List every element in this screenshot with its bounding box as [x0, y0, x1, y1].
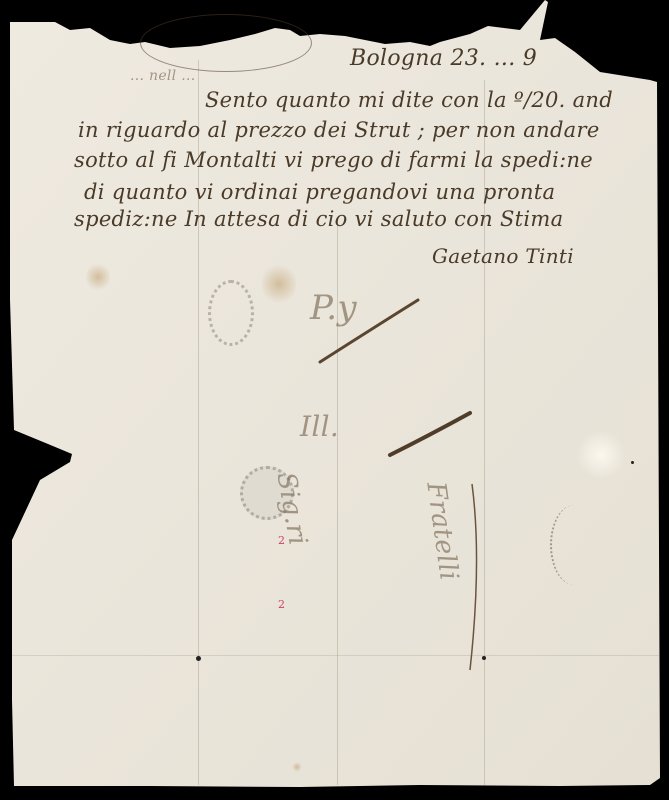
pin-hole: [196, 656, 201, 661]
body-line-5: spediz:ne In attesa di cio vi saluto con…: [74, 207, 563, 231]
ink-stroke: [310, 290, 430, 370]
circular-postmark: [240, 466, 294, 520]
oval-ink-flourish: [140, 14, 312, 72]
signature: Gaetano Tinti: [432, 244, 574, 268]
oval-postal-stamp: [208, 280, 254, 346]
body-line-2: in riguardo al prezzo dei Strut ; per no…: [78, 118, 600, 142]
pin-hole: [482, 656, 486, 660]
ink-stroke: [380, 405, 480, 465]
wax-seal-mark: [576, 430, 626, 480]
ink-stroke: [460, 480, 490, 680]
body-line-3: sotto al fi Montalti vi prego di farmi l…: [74, 148, 593, 172]
fold-line: [12, 655, 660, 656]
red-mark: 2: [278, 598, 285, 611]
address-mark-middle: Ill.: [300, 410, 339, 443]
red-mark: 2: [278, 534, 285, 547]
foxing-stain: [86, 262, 110, 292]
body-line-4: di quanto vi ordinai pregandovi una pron…: [84, 180, 555, 204]
body-line-1: Sento quanto mi dite con la º/20. and: [205, 88, 613, 112]
place-date: Bologna 23. ... 9: [350, 46, 537, 71]
pin-hole: [631, 461, 634, 464]
foxing-stain: [292, 762, 302, 772]
partial-postmark: [550, 505, 598, 585]
top-left-faint-text: ... nell ...: [130, 68, 195, 84]
foxing-stain: [262, 262, 296, 306]
